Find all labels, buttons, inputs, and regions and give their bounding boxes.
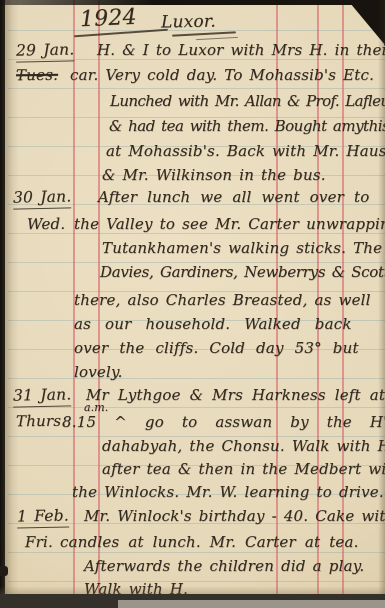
- entry-date: 1 Feb.: [17, 507, 69, 528]
- diary-line: Mr Lythgoe & Mrs Harkness left at: [86, 387, 385, 404]
- page-title: Luxor.: [161, 13, 216, 34]
- diary-line: over the cliffs. Cold day 53° but: [74, 340, 359, 357]
- ruled-line: [8, 88, 385, 89]
- diary-line: there, also Charles Breasted, as well: [74, 292, 371, 309]
- diary-line: Lunched with Mr. Allan & Prof. Lafleur,: [110, 93, 385, 110]
- edge-ink-mark: [0, 566, 8, 576]
- diary-line: after tea & then in the Medbert with: [102, 461, 385, 478]
- entry-day: Thurs.: [16, 413, 66, 431]
- ruled-line: [8, 378, 385, 379]
- diary-line: & Mr. Wilkinson in the bus.: [102, 167, 326, 184]
- ruled-line: [8, 581, 385, 582]
- diary-line: the Winlocks. Mr. W. learning to drive.: [72, 484, 384, 501]
- ruled-line: [8, 552, 385, 553]
- diary-line: dahabyah, the Chonsu. Walk with H: [102, 438, 385, 455]
- entry-date: 30 Jan.: [13, 188, 72, 209]
- diary-line: at Mohassib's. Back with Mr. Hauser: [106, 143, 385, 160]
- photo-top-edge: [0, 0, 385, 5]
- diary-line: 8.15 ^ go to asswan by the H's: [62, 414, 385, 431]
- diary-line: lovely.: [74, 364, 123, 381]
- diary-line: the Valley to see Mr. Carter unwrapping: [74, 216, 385, 233]
- binding-crease-shadow: [5, 0, 19, 608]
- entry-day: Tues.: [16, 67, 58, 85]
- notebook-page: 1924 Luxor. 29 Jan.Tues.H. & I to Luxor …: [0, 0, 385, 608]
- diary-line: After lunch we all went over to: [98, 189, 369, 206]
- page-right-edge-shadow: [378, 0, 385, 608]
- next-page-edge: [118, 600, 385, 608]
- entry-date: 31 Jan.: [13, 386, 72, 407]
- diary-line: candles at lunch. Mr. Carter at tea.: [60, 534, 359, 551]
- diary-line: Davies, Gardiners, Newberrys & Scotts: [100, 264, 385, 281]
- diary-line: Tutankhamen's walking sticks. The: [102, 240, 382, 257]
- diary-line: & had tea with them. Bought amythists: [109, 118, 385, 135]
- diary-line: Mr. Winlock's birthday - 40. Cake with: [84, 508, 385, 525]
- title-underline-flourish-2: [196, 37, 238, 40]
- entry-day: Wed.: [27, 216, 65, 234]
- entry-day: Fri.: [25, 534, 53, 552]
- ruled-line: [8, 407, 385, 408]
- entry-date: 29 Jan.: [16, 41, 75, 62]
- diary-line: H. & I to Luxor with Mrs H. in their: [97, 42, 385, 59]
- diary-line: Afterwards the children did a play.: [84, 558, 364, 575]
- diary-line: car. Very cold day. To Mohassib's Etc.: [70, 67, 374, 84]
- diary-line: as our household. Walked back: [74, 316, 352, 333]
- year-label: 1924: [79, 5, 137, 33]
